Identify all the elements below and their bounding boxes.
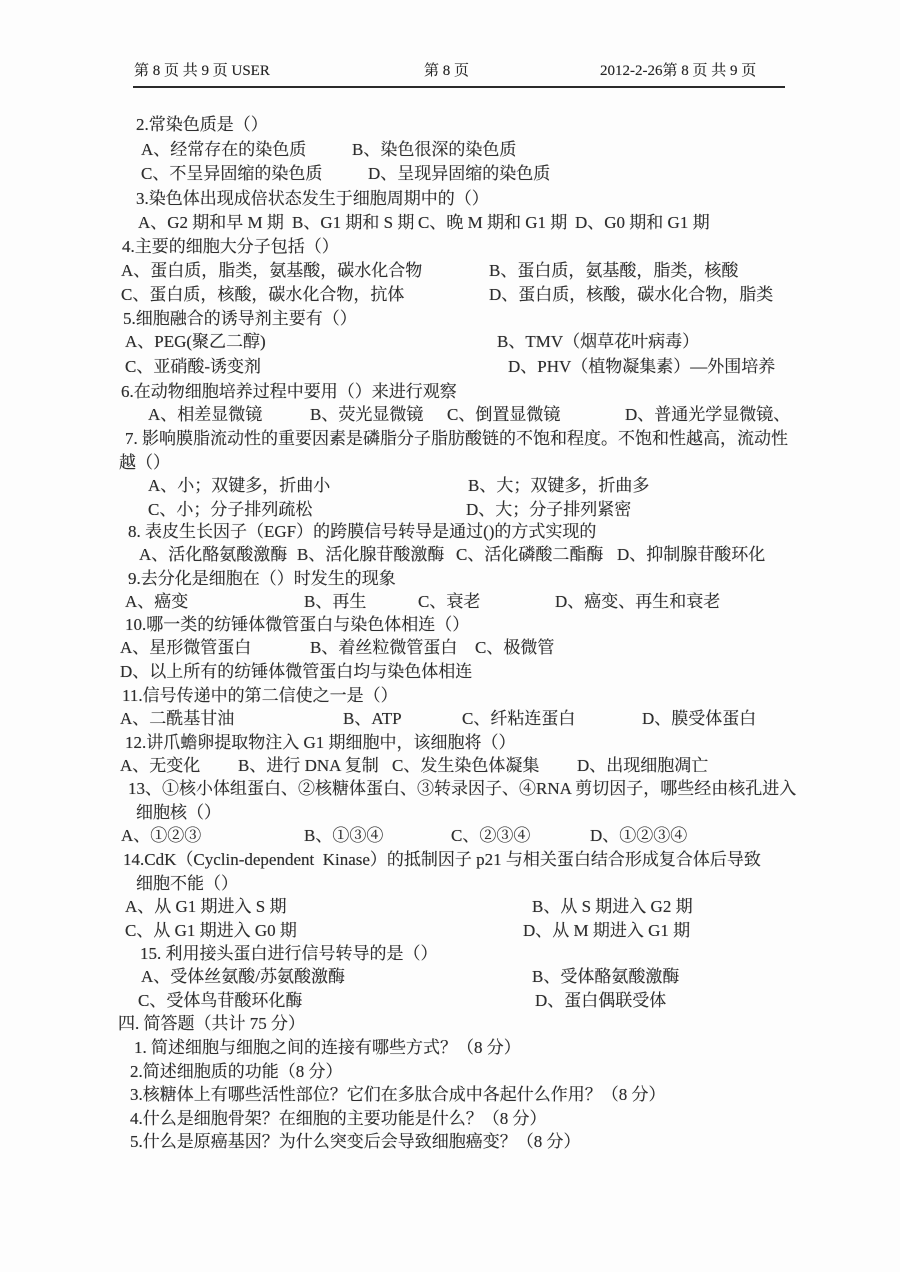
question-2-option-D: D、呈现异固缩的染色质 bbox=[368, 163, 550, 184]
question-8-option-D: D、抑制腺苷酸环化 bbox=[617, 544, 765, 565]
question-6: 6.在动物细胞培养过程中要用（）来进行观察 bbox=[121, 381, 457, 402]
question-15-option-C: C、受体鸟苷酸环化酶 bbox=[138, 990, 302, 1011]
question-9-option-A: A、癌变 bbox=[125, 591, 188, 612]
question-7-option-A: A、小；双键多，折曲小 bbox=[148, 475, 330, 496]
question-2-option-B: B、染色很深的染色质 bbox=[352, 139, 516, 160]
question-5: 5.细胞融合的诱导剂主要有（） bbox=[123, 308, 357, 329]
question-11-option-B: B、ATP bbox=[343, 708, 402, 729]
short-answer-3: 3.核糖体上有哪些活性部位？它们在多肽合成中各起什么作用？（8 分） bbox=[130, 1084, 666, 1105]
question-7-option-C: C、小；分子排列疏松 bbox=[148, 499, 312, 520]
question-5-option-B: B、TMV（烟草花叶病毒） bbox=[497, 331, 699, 352]
question-14-option-C: C、从 G1 期进入 G0 期 bbox=[125, 920, 297, 941]
question-11-option-C: C、纤粘连蛋白 bbox=[462, 708, 575, 729]
question-15: 15. 利用接头蛋白进行信号转导的是（） bbox=[140, 943, 438, 964]
short-answer-5: 5.什么是原癌基因？为什么突变后会导致细胞癌变？（8 分） bbox=[130, 1131, 581, 1152]
question-4: 4.主要的细胞大分子包括（） bbox=[122, 236, 339, 257]
question-10-option-A: A、星形微管蛋白 bbox=[120, 637, 251, 658]
question-2-option-A: A、经常存在的染色质 bbox=[141, 139, 306, 160]
question-5-option-A: A、PEG(聚乙二醇) bbox=[125, 331, 266, 352]
question-2: 2.常染色质是（） bbox=[136, 114, 268, 135]
question-9-option-D: D、癌变、再生和衰老 bbox=[555, 591, 720, 612]
question-9: 9.去分化是细胞在（）时发生的现象 bbox=[128, 568, 396, 589]
question-12-option-A: A、无变化 bbox=[120, 755, 200, 776]
question-14-option-A: A、从 G1 期进入 S 期 bbox=[125, 896, 287, 917]
question-4-option-B: B、蛋白质，氨基酸，脂类，核酸 bbox=[489, 260, 738, 281]
question-13-line-2: 细胞核（） bbox=[136, 802, 221, 823]
header-center-page-number: 第 8 页 bbox=[424, 62, 469, 80]
question-4-option-C: C、蛋白质，核酸，碳水化合物，抗体 bbox=[121, 284, 404, 305]
question-3-option-C: C、晚 M 期和 G1 期 bbox=[418, 212, 567, 233]
question-7-option-B: B、大；双键多，折曲多 bbox=[468, 475, 649, 496]
question-7-option-D: D、大；分子排列紧密 bbox=[466, 499, 631, 520]
question-14-line-1: 14.CdK（Cyclin-dependent Kinase）的抵制因子 p21… bbox=[123, 849, 761, 870]
question-3: 3.染色体出现成倍状态发生于细胞周期中的（） bbox=[136, 188, 489, 209]
question-15-option-D: D、蛋白偶联受体 bbox=[535, 990, 666, 1011]
question-8: 8. 表皮生长因子（EGF）的跨膜信号转导是通过()的方式实现的 bbox=[128, 521, 596, 542]
question-5-option-C: C、亚硝酸-诱变剂 bbox=[125, 356, 261, 377]
question-2-option-C: C、不呈异固缩的染色质 bbox=[141, 163, 322, 184]
question-9-option-B: B、再生 bbox=[304, 591, 366, 612]
question-6-option-D: D、普通光学显微镜、 bbox=[625, 404, 790, 425]
question-3-option-D: D、G0 期和 G1 期 bbox=[575, 212, 710, 233]
question-14-option-D: D、从 M 期进入 G1 期 bbox=[523, 920, 690, 941]
question-4-option-D: D、蛋白质，核酸，碳水化合物，脂类 bbox=[489, 284, 773, 305]
short-answer-4: 4.什么是细胞骨架？在细胞的主要功能是什么？（8 分） bbox=[130, 1108, 547, 1129]
question-8-option-B: B、活化腺苷酸激酶 bbox=[297, 544, 444, 565]
scanned-exam-page: 第 8 页 共 9 页 USER 第 8 页 2012-2-26第 8 页 共 … bbox=[0, 0, 900, 1272]
question-11: 11.信号传递中的第二信使之一是（） bbox=[122, 685, 398, 706]
question-13-option-D: D、①②③④ bbox=[590, 825, 687, 846]
question-10-option-C: C、极微管 bbox=[475, 637, 554, 658]
question-15-option-B: B、受体酪氨酸激酶 bbox=[532, 966, 679, 987]
question-11-option-A: A、二酰基甘油 bbox=[120, 708, 234, 729]
question-5-option-D: D、PHV（植物凝集素）—外围培养 bbox=[508, 356, 775, 377]
question-3-option-A: A、G2 期和早 M 期 bbox=[138, 212, 284, 233]
header-right-date-page-info: 2012-2-26第 8 页 共 9 页 bbox=[600, 62, 756, 80]
short-answer-2: 2.简述细胞质的功能（8 分） bbox=[130, 1061, 343, 1082]
question-13-line-1: 13、①核小体组蛋白、②核糖体蛋白、③转录因子、④RNA 剪切因子，哪些经由核孔… bbox=[128, 778, 796, 799]
question-14-line-2: 细胞不能（） bbox=[136, 873, 238, 894]
question-10-option-D: D、以上所有的纺锤体微管蛋白均与染色体相连 bbox=[120, 661, 472, 682]
question-6-option-C: C、倒置显微镜 bbox=[447, 404, 560, 425]
question-7-line-2: 越（） bbox=[119, 452, 170, 473]
question-10: 10.哪一类的纺锤体微管蛋白与染色体相连（） bbox=[125, 614, 469, 635]
short-answer-1: 1. 简述细胞与细胞之间的连接有哪些方式？（8 分） bbox=[134, 1037, 521, 1058]
question-7-line-1: 7. 影响膜脂流动性的重要因素是磷脂分子脂肪酸链的不饱和程度。不饱和性越高，流动… bbox=[125, 428, 788, 449]
question-13-option-A: A、①②③ bbox=[121, 825, 201, 846]
question-13-option-C: C、②③④ bbox=[451, 825, 530, 846]
question-12: 12.讲爪蟾卵提取物注入 G1 期细胞中，该细胞将（） bbox=[125, 732, 516, 753]
header-rule bbox=[133, 86, 785, 88]
question-3-option-B: B、G1 期和 S 期 bbox=[292, 212, 414, 233]
question-12-option-C: C、发生染色体凝集 bbox=[392, 755, 539, 776]
header-left-page-info: 第 8 页 共 9 页 USER bbox=[134, 62, 270, 80]
question-9-option-C: C、衰老 bbox=[418, 591, 480, 612]
section-4-title: 四. 简答题（共计 75 分） bbox=[118, 1013, 305, 1034]
question-8-option-C: C、活化磷酸二酯酶 bbox=[456, 544, 603, 565]
question-15-option-A: A、受体丝氨酸/苏氨酸激酶 bbox=[141, 966, 345, 987]
question-12-option-B: B、进行 DNA 复制 bbox=[238, 755, 379, 776]
question-13-option-B: B、①③④ bbox=[304, 825, 383, 846]
question-14-option-B: B、从 S 期进入 G2 期 bbox=[532, 896, 693, 917]
question-4-option-A: A、蛋白质，脂类，氨基酸，碳水化合物 bbox=[121, 260, 422, 281]
question-6-option-A: A、相差显微镜 bbox=[148, 404, 262, 425]
question-6-option-B: B、荧光显微镜 bbox=[310, 404, 423, 425]
question-12-option-D: D、出现细胞凋亡 bbox=[577, 755, 708, 776]
question-11-option-D: D、膜受体蛋白 bbox=[642, 708, 756, 729]
question-8-option-A: A、活化酪氨酸激酶 bbox=[139, 544, 287, 565]
question-10-option-B: B、着丝粒微管蛋白 bbox=[310, 637, 457, 658]
